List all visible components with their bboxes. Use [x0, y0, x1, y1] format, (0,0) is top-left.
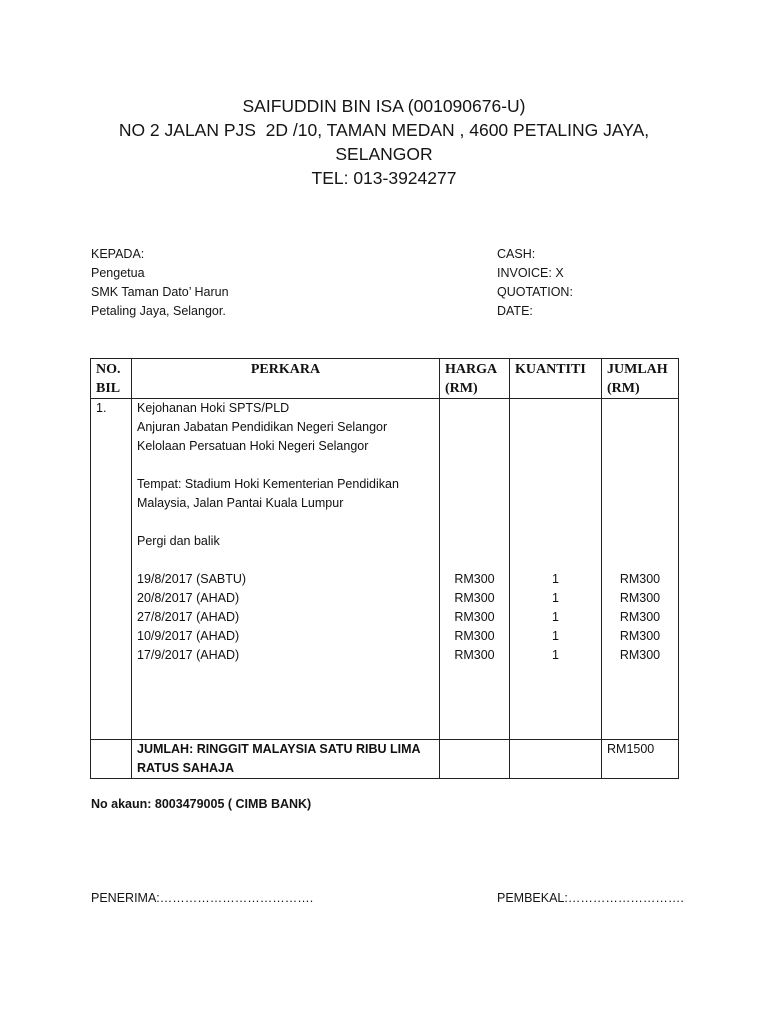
line-kuantiti: 1 — [515, 589, 596, 608]
line-jumlah: RM300 — [607, 646, 673, 665]
line-jumlah: RM300 — [607, 589, 673, 608]
line-jumlah: RM300 — [607, 627, 673, 646]
desc-line: Malaysia, Jalan Pantai Kuala Lumpur — [137, 494, 434, 513]
invoice-field: INVOICE: X — [497, 264, 573, 283]
desc-line: Tempat: Stadium Hoki Kementerian Pendidi… — [137, 475, 434, 494]
cell-no: 1. — [91, 399, 132, 740]
line-kuantiti: 1 — [515, 570, 596, 589]
line-date: 10/9/2017 (AHAD) — [137, 627, 434, 646]
document-meta-block: CASH: INVOICE: X QUOTATION: DATE: — [497, 245, 573, 321]
header-text: JUMLAH — [607, 360, 673, 379]
recipient-line: Pengetua — [91, 264, 229, 283]
quotation-field: QUOTATION: — [497, 283, 573, 302]
table-row: 1. Kejohanan Hoki SPTS/PLD Anjuran Jabat… — [91, 399, 679, 740]
header-text: BIL — [96, 379, 126, 398]
desc-line: Kelolaan Persatuan Hoki Negeri Selangor — [137, 437, 434, 456]
desc-spacer — [137, 456, 434, 475]
total-amount: RM1500 — [602, 740, 679, 779]
total-row: JUMLAH: RINGGIT MALAYSIA SATU RIBU LIMA … — [91, 740, 679, 779]
header-harga: HARGA (RM) — [440, 359, 510, 399]
supplier-address-line1: NO 2 JALAN PJS 2D /10, TAMAN MEDAN , 460… — [0, 118, 768, 142]
invoice-header: SAIFUDDIN BIN ISA (001090676-U) NO 2 JAL… — [0, 94, 768, 190]
cell-perkara: Kejohanan Hoki SPTS/PLD Anjuran Jabatan … — [132, 399, 440, 740]
bank-account: No akaun: 8003479005 ( CIMB BANK) — [91, 797, 311, 811]
line-harga: RM300 — [445, 627, 504, 646]
line-date: 17/9/2017 (AHAD) — [137, 646, 434, 665]
recipient-block: KEPADA: Pengetua SMK Taman Dato’ Harun P… — [91, 245, 229, 321]
recipient-line: SMK Taman Dato’ Harun — [91, 283, 229, 302]
supplier-name: SAIFUDDIN BIN ISA (001090676-U) — [0, 94, 768, 118]
header-text: (RM) — [607, 379, 673, 398]
header-no-bil: NO. BIL — [91, 359, 132, 399]
desc-line: Kejohanan Hoki SPTS/PLD — [137, 399, 434, 418]
header-perkara: PERKARA — [132, 359, 440, 399]
supplier-signature-line: PEMBEKAL:………………………. — [497, 891, 684, 905]
cell-kuantiti: 1 1 1 1 1 — [510, 399, 602, 740]
table-header-row: NO. BIL PERKARA HARGA (RM) KUANTITI JUML… — [91, 359, 679, 399]
header-jumlah: JUMLAH (RM) — [602, 359, 679, 399]
line-kuantiti: 1 — [515, 627, 596, 646]
receiver-signature-line: PENERIMA:………………………………. — [91, 891, 313, 905]
header-kuantiti: KUANTITI — [510, 359, 602, 399]
items-table: NO. BIL PERKARA HARGA (RM) KUANTITI JUML… — [90, 358, 679, 779]
desc-spacer — [137, 513, 434, 532]
cell-harga: RM300 RM300 RM300 RM300 RM300 — [440, 399, 510, 740]
line-date: 27/8/2017 (AHAD) — [137, 608, 434, 627]
header-text: HARGA — [445, 360, 504, 379]
desc-line: Pergi dan balik — [137, 532, 434, 551]
header-text: NO. — [96, 360, 126, 379]
cell-empty — [510, 740, 602, 779]
line-harga: RM300 — [445, 570, 504, 589]
cell-empty — [91, 740, 132, 779]
invoice-page: SAIFUDDIN BIN ISA (001090676-U) NO 2 JAL… — [0, 0, 768, 1024]
supplier-tel: TEL: 013-3924277 — [0, 166, 768, 190]
line-harga: RM300 — [445, 589, 504, 608]
desc-spacer — [137, 551, 434, 570]
recipient-line: Petaling Jaya, Selangor. — [91, 302, 229, 321]
desc-line: Anjuran Jabatan Pendidikan Negeri Selang… — [137, 418, 434, 437]
line-kuantiti: 1 — [515, 608, 596, 627]
line-date: 19/8/2017 (SABTU) — [137, 570, 434, 589]
cell-empty — [440, 740, 510, 779]
line-date: 20/8/2017 (AHAD) — [137, 589, 434, 608]
line-jumlah: RM300 — [607, 608, 673, 627]
recipient-label: KEPADA: — [91, 245, 229, 264]
date-field: DATE: — [497, 302, 573, 321]
line-harga: RM300 — [445, 646, 504, 665]
line-kuantiti: 1 — [515, 646, 596, 665]
cell-jumlah: RM300 RM300 RM300 RM300 RM300 — [602, 399, 679, 740]
line-jumlah: RM300 — [607, 570, 673, 589]
total-label: JUMLAH: RINGGIT MALAYSIA SATU RIBU LIMA … — [132, 740, 440, 779]
cash-field: CASH: — [497, 245, 573, 264]
header-text: (RM) — [445, 379, 504, 398]
line-harga: RM300 — [445, 608, 504, 627]
supplier-address-line2: SELANGOR — [0, 142, 768, 166]
